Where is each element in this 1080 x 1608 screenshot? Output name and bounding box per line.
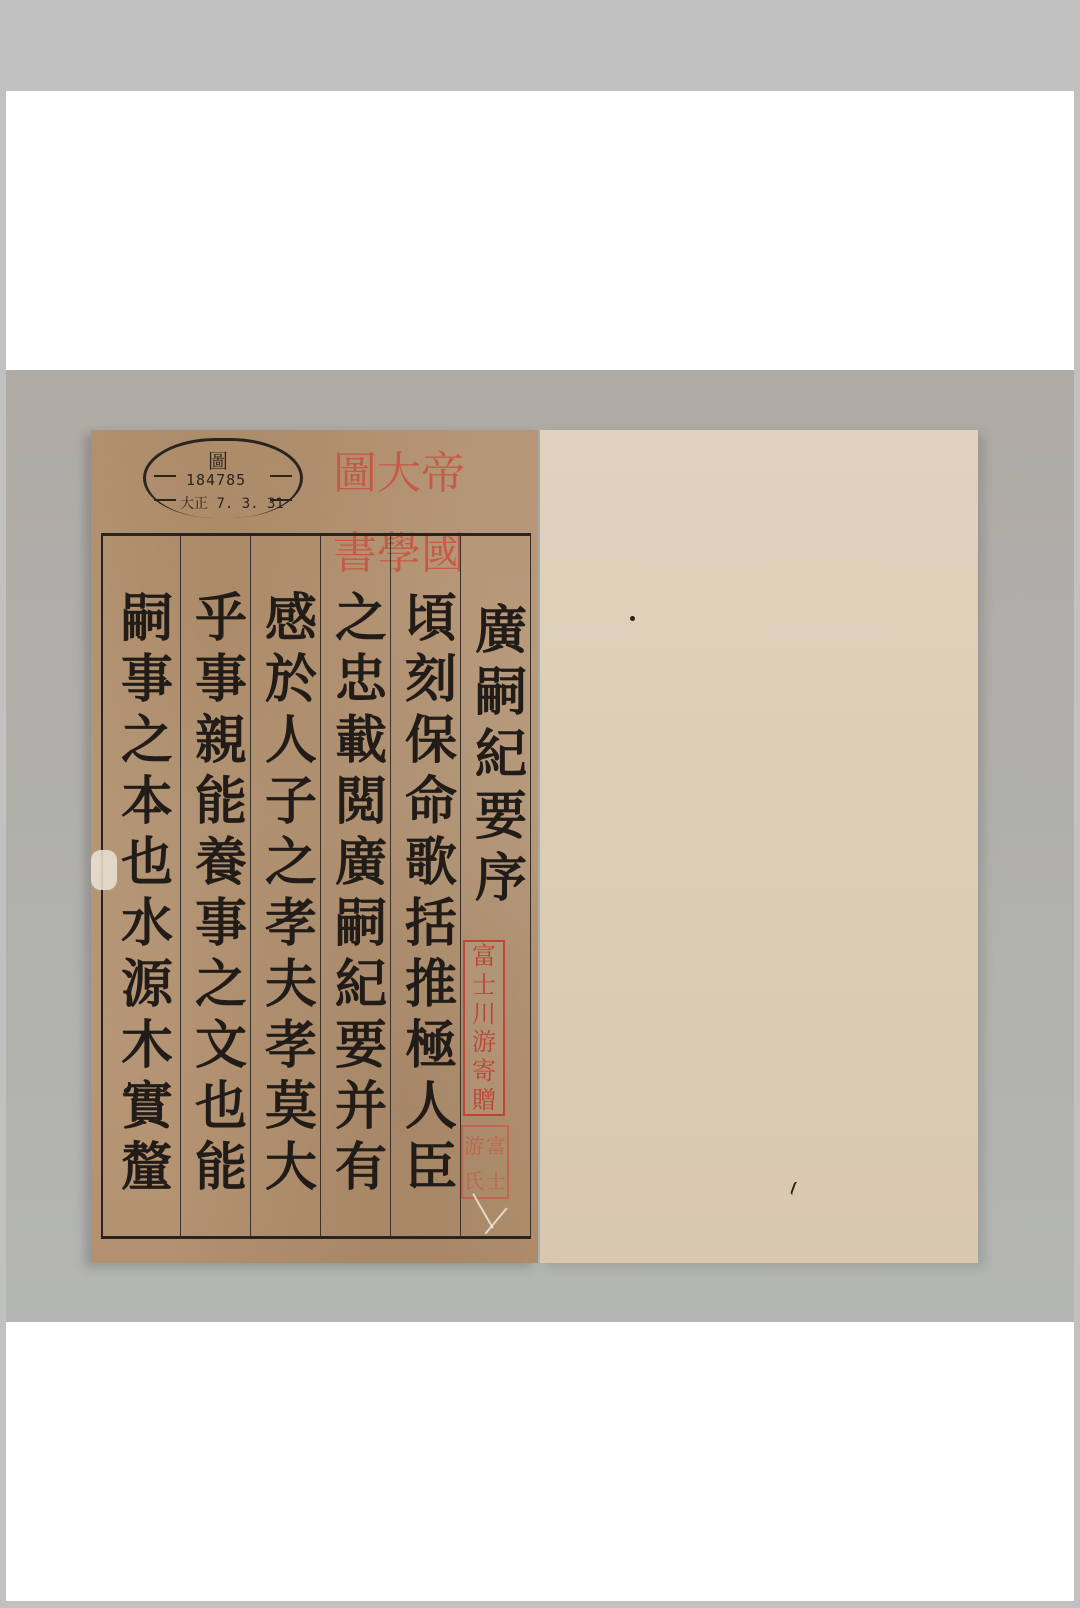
library-accession-stamp: 圖 184785 大正 7. 3. 31 <box>143 438 303 518</box>
text-column-3: 之忠載閲廣嗣紀要并有 <box>321 536 391 1236</box>
char: 感於人子之孝夫孝莫大 <box>255 590 317 1200</box>
char: 廣嗣紀要序 <box>465 602 527 912</box>
stamp-ornament-left <box>154 475 176 501</box>
personal-square-seal: 富 游 士 氏 <box>461 1125 509 1199</box>
seal-char: 大 <box>377 452 421 496</box>
char: 乎事親能養事之文也能 <box>185 590 247 1200</box>
stamp-ornament-right <box>270 475 292 501</box>
seal-char: 帝 <box>421 452 465 496</box>
seal-char: 富 <box>486 1130 506 1159</box>
char: 之忠載閲廣嗣紀要并有 <box>325 590 387 1200</box>
accession-number: 184785 <box>186 471 246 489</box>
paper-damage <box>91 850 117 890</box>
text-column-5: 乎事親能養事之文也能 <box>181 536 251 1236</box>
paper-mark <box>790 1181 802 1197</box>
char: 頃刻保命歌括推極人臣 <box>395 590 457 1200</box>
accession-date: 大正 7. 3. 31 <box>180 493 284 513</box>
seal-char: 富 <box>472 944 496 968</box>
seal-char: 寄 <box>472 1059 496 1083</box>
seal-char: 士 <box>472 973 496 997</box>
left-printed-leaf: 圖 184785 大正 7. 3. 31 帝 國 大 學 圖 書 廣嗣紀要序 頃… <box>91 430 538 1263</box>
seal-char: 游 <box>464 1130 484 1159</box>
seal-char: 游 <box>472 1030 496 1054</box>
text-column-4: 感於人子之孝夫孝莫大 <box>251 536 321 1236</box>
fujikawa-donation-seal: 富 士 川 游 寄 贈 <box>463 940 505 1116</box>
text-column-2: 頃刻保命歌括推極人臣 <box>391 536 461 1236</box>
library-stamp-glyph: 圖 <box>208 445 228 474</box>
char: 嗣事之本也水源木實釐 <box>111 590 173 1200</box>
right-blank-leaf <box>540 430 978 1263</box>
ink-spot <box>630 616 635 621</box>
seal-char: 贈 <box>472 1088 496 1112</box>
seal-char: 圖 <box>333 452 377 496</box>
seal-char: 氏 <box>464 1165 484 1194</box>
seal-char: 士 <box>486 1165 506 1194</box>
seal-char: 川 <box>472 1002 496 1026</box>
